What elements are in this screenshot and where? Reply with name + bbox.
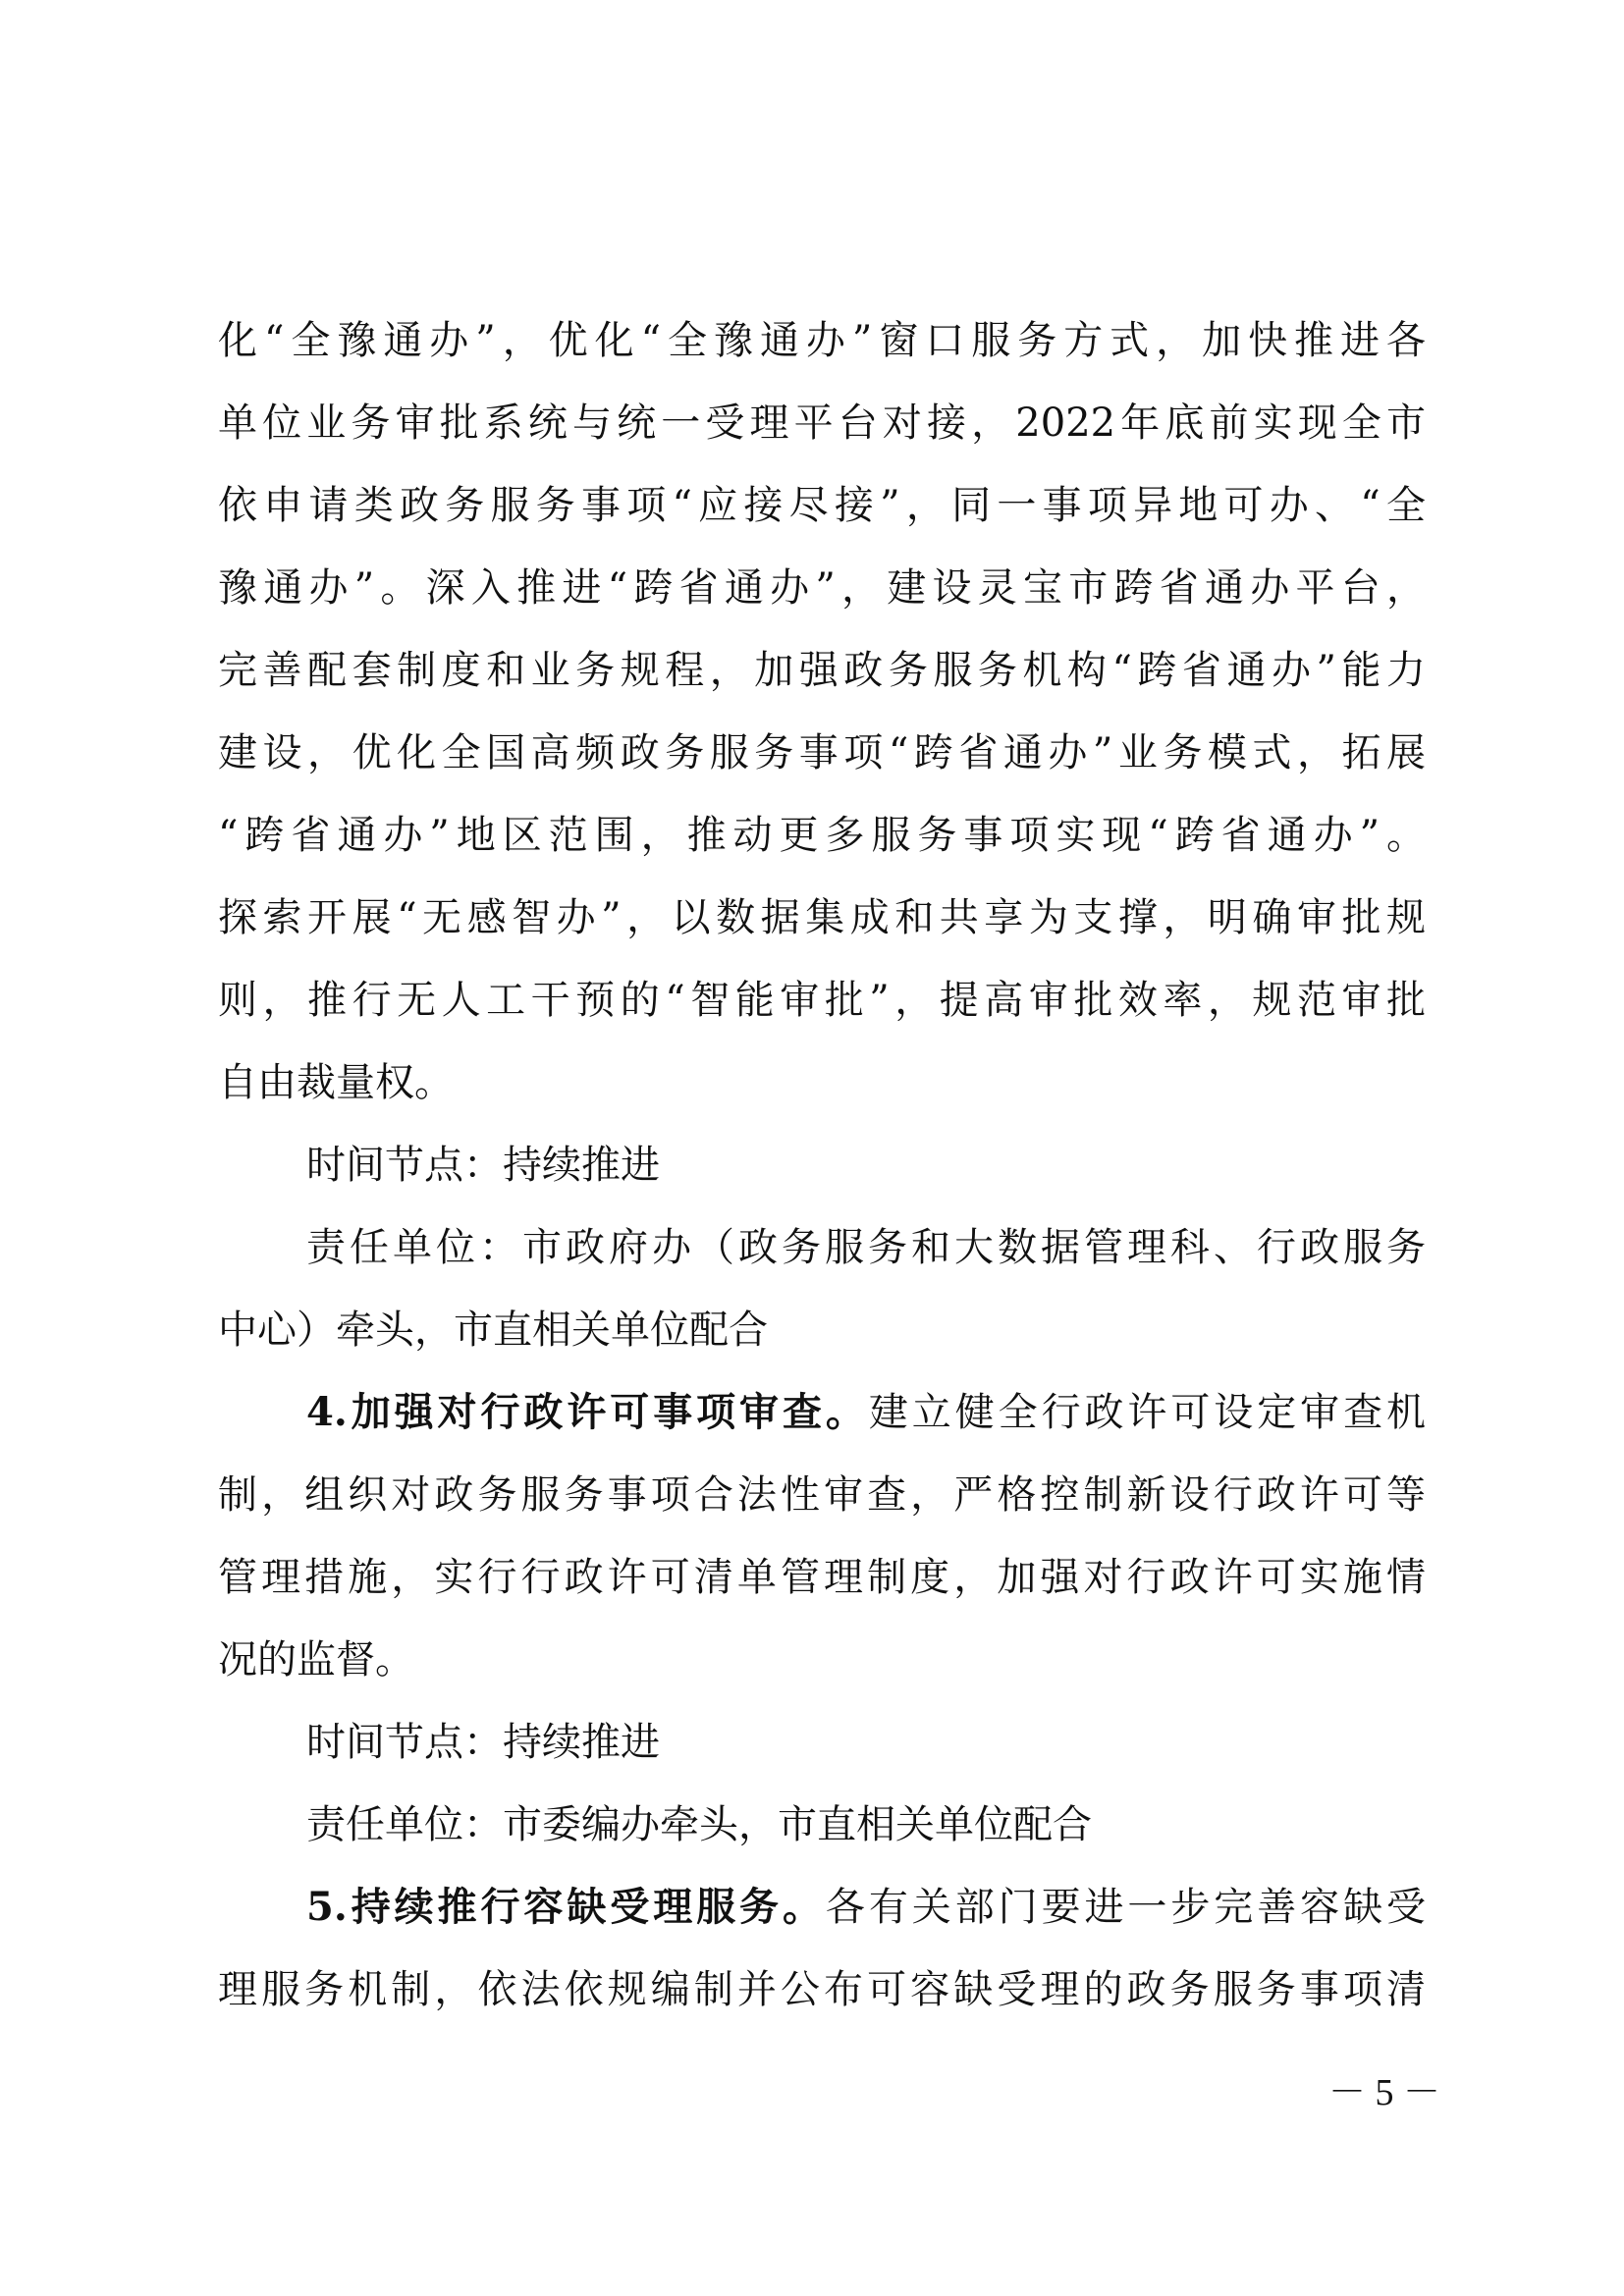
text-line: 则，推行无人工干预的“智能审批”，提高审批效率，规范审批 xyxy=(218,959,1426,1041)
item-4: 4.加强对行政许可事项审查。建立健全行政许可设定审查机 制，组织对政务服务事项合… xyxy=(218,1371,1426,1701)
text-line: 完善配套制度和业务规程，加强政务服务机构“跨省通办”能力 xyxy=(218,629,1426,712)
body-text: 化“全豫通办”，优化“全豫通办”窗口服务方式，加快推进各 单位业务审批系统与统一… xyxy=(218,299,1426,2031)
item-heading-line: 5.持续推行容缺受理服务。各有关部门要进一步完善容缺受 xyxy=(218,1866,1426,1949)
text-line: 探索开展“无感智办”，以数据集成和共享为支撑，明确审批规 xyxy=(218,877,1426,959)
item-heading: 加强对行政许可事项审查。 xyxy=(348,1389,869,1435)
responsible-unit: 责任单位：市政府办（政务服务和大数据管理科、行政服务 中心）牵头，市直相关单位配… xyxy=(218,1206,1426,1371)
text-line: 况的监督。 xyxy=(218,1619,1426,1701)
responsible-unit-text: 责任单位：市政府办（政务服务和大数据管理科、行政服务 xyxy=(218,1206,1426,1289)
text-line: 自由裁量权。 xyxy=(218,1041,1426,1124)
item-5: 5.持续推行容缺受理服务。各有关部门要进一步完善容缺受 理服务机制，依法依规编制… xyxy=(218,1866,1426,2031)
text-line: 依申请类政务服务事项“应接尽接”，同一事项异地可办、“全 xyxy=(218,464,1426,547)
responsible-unit: 责任单位：市委编办牵头，市直相关单位配合 xyxy=(218,1784,1426,1866)
text-line: 管理措施，实行行政许可清单管理制度，加强对行政许可实施情 xyxy=(218,1536,1426,1619)
item-text: 建立健全行政许可设定审查机 xyxy=(869,1390,1426,1435)
paragraph-continuation: 化“全豫通办”，优化“全豫通办”窗口服务方式，加快推进各 单位业务审批系统与统一… xyxy=(218,299,1426,1124)
time-node-text: 时间节点：持续推进 xyxy=(218,1124,1426,1206)
time-node: 时间节点：持续推进 xyxy=(218,1124,1426,1206)
responsible-unit-text: 责任单位：市委编办牵头，市直相关单位配合 xyxy=(218,1784,1426,1866)
text-line: 单位业务审批系统与统一受理平台对接，2022年底前实现全市 xyxy=(218,382,1426,464)
text-line: 建设，优化全国高频政务服务事项“跨省通办”业务模式，拓展 xyxy=(218,712,1426,794)
text-line: 制，组织对政务服务事项合法性审查，严格控制新设行政许可等 xyxy=(218,1454,1426,1536)
document-page: 化“全豫通办”，优化“全豫通办”窗口服务方式，加快推进各 单位业务审批系统与统一… xyxy=(0,0,1624,2296)
item-number: 4. xyxy=(306,1389,348,1435)
text-line: “跨省通办”地区范围，推动更多服务事项实现“跨省通办”。 xyxy=(218,794,1426,877)
item-heading-line: 4.加强对行政许可事项审查。建立健全行政许可设定审查机 xyxy=(218,1371,1426,1454)
responsible-unit-text: 中心）牵头，市直相关单位配合 xyxy=(218,1289,1426,1371)
text-line: 豫通办”。深入推进“跨省通办”，建设灵宝市跨省通办平台， xyxy=(218,547,1426,629)
time-node-text: 时间节点：持续推进 xyxy=(218,1701,1426,1784)
text-line: 理服务机制，依法依规编制并公布可容缺受理的政务服务事项清 xyxy=(218,1949,1426,2031)
text-line: 化“全豫通办”，优化“全豫通办”窗口服务方式，加快推进各 xyxy=(218,299,1426,382)
item-text: 各有关部门要进一步完善容缺受 xyxy=(826,1885,1426,1930)
item-heading: 持续推行容缺受理服务。 xyxy=(348,1884,826,1930)
time-node: 时间节点：持续推进 xyxy=(218,1701,1426,1784)
page-number: － 5 － xyxy=(1321,2061,1448,2115)
item-number: 5. xyxy=(306,1884,348,1930)
